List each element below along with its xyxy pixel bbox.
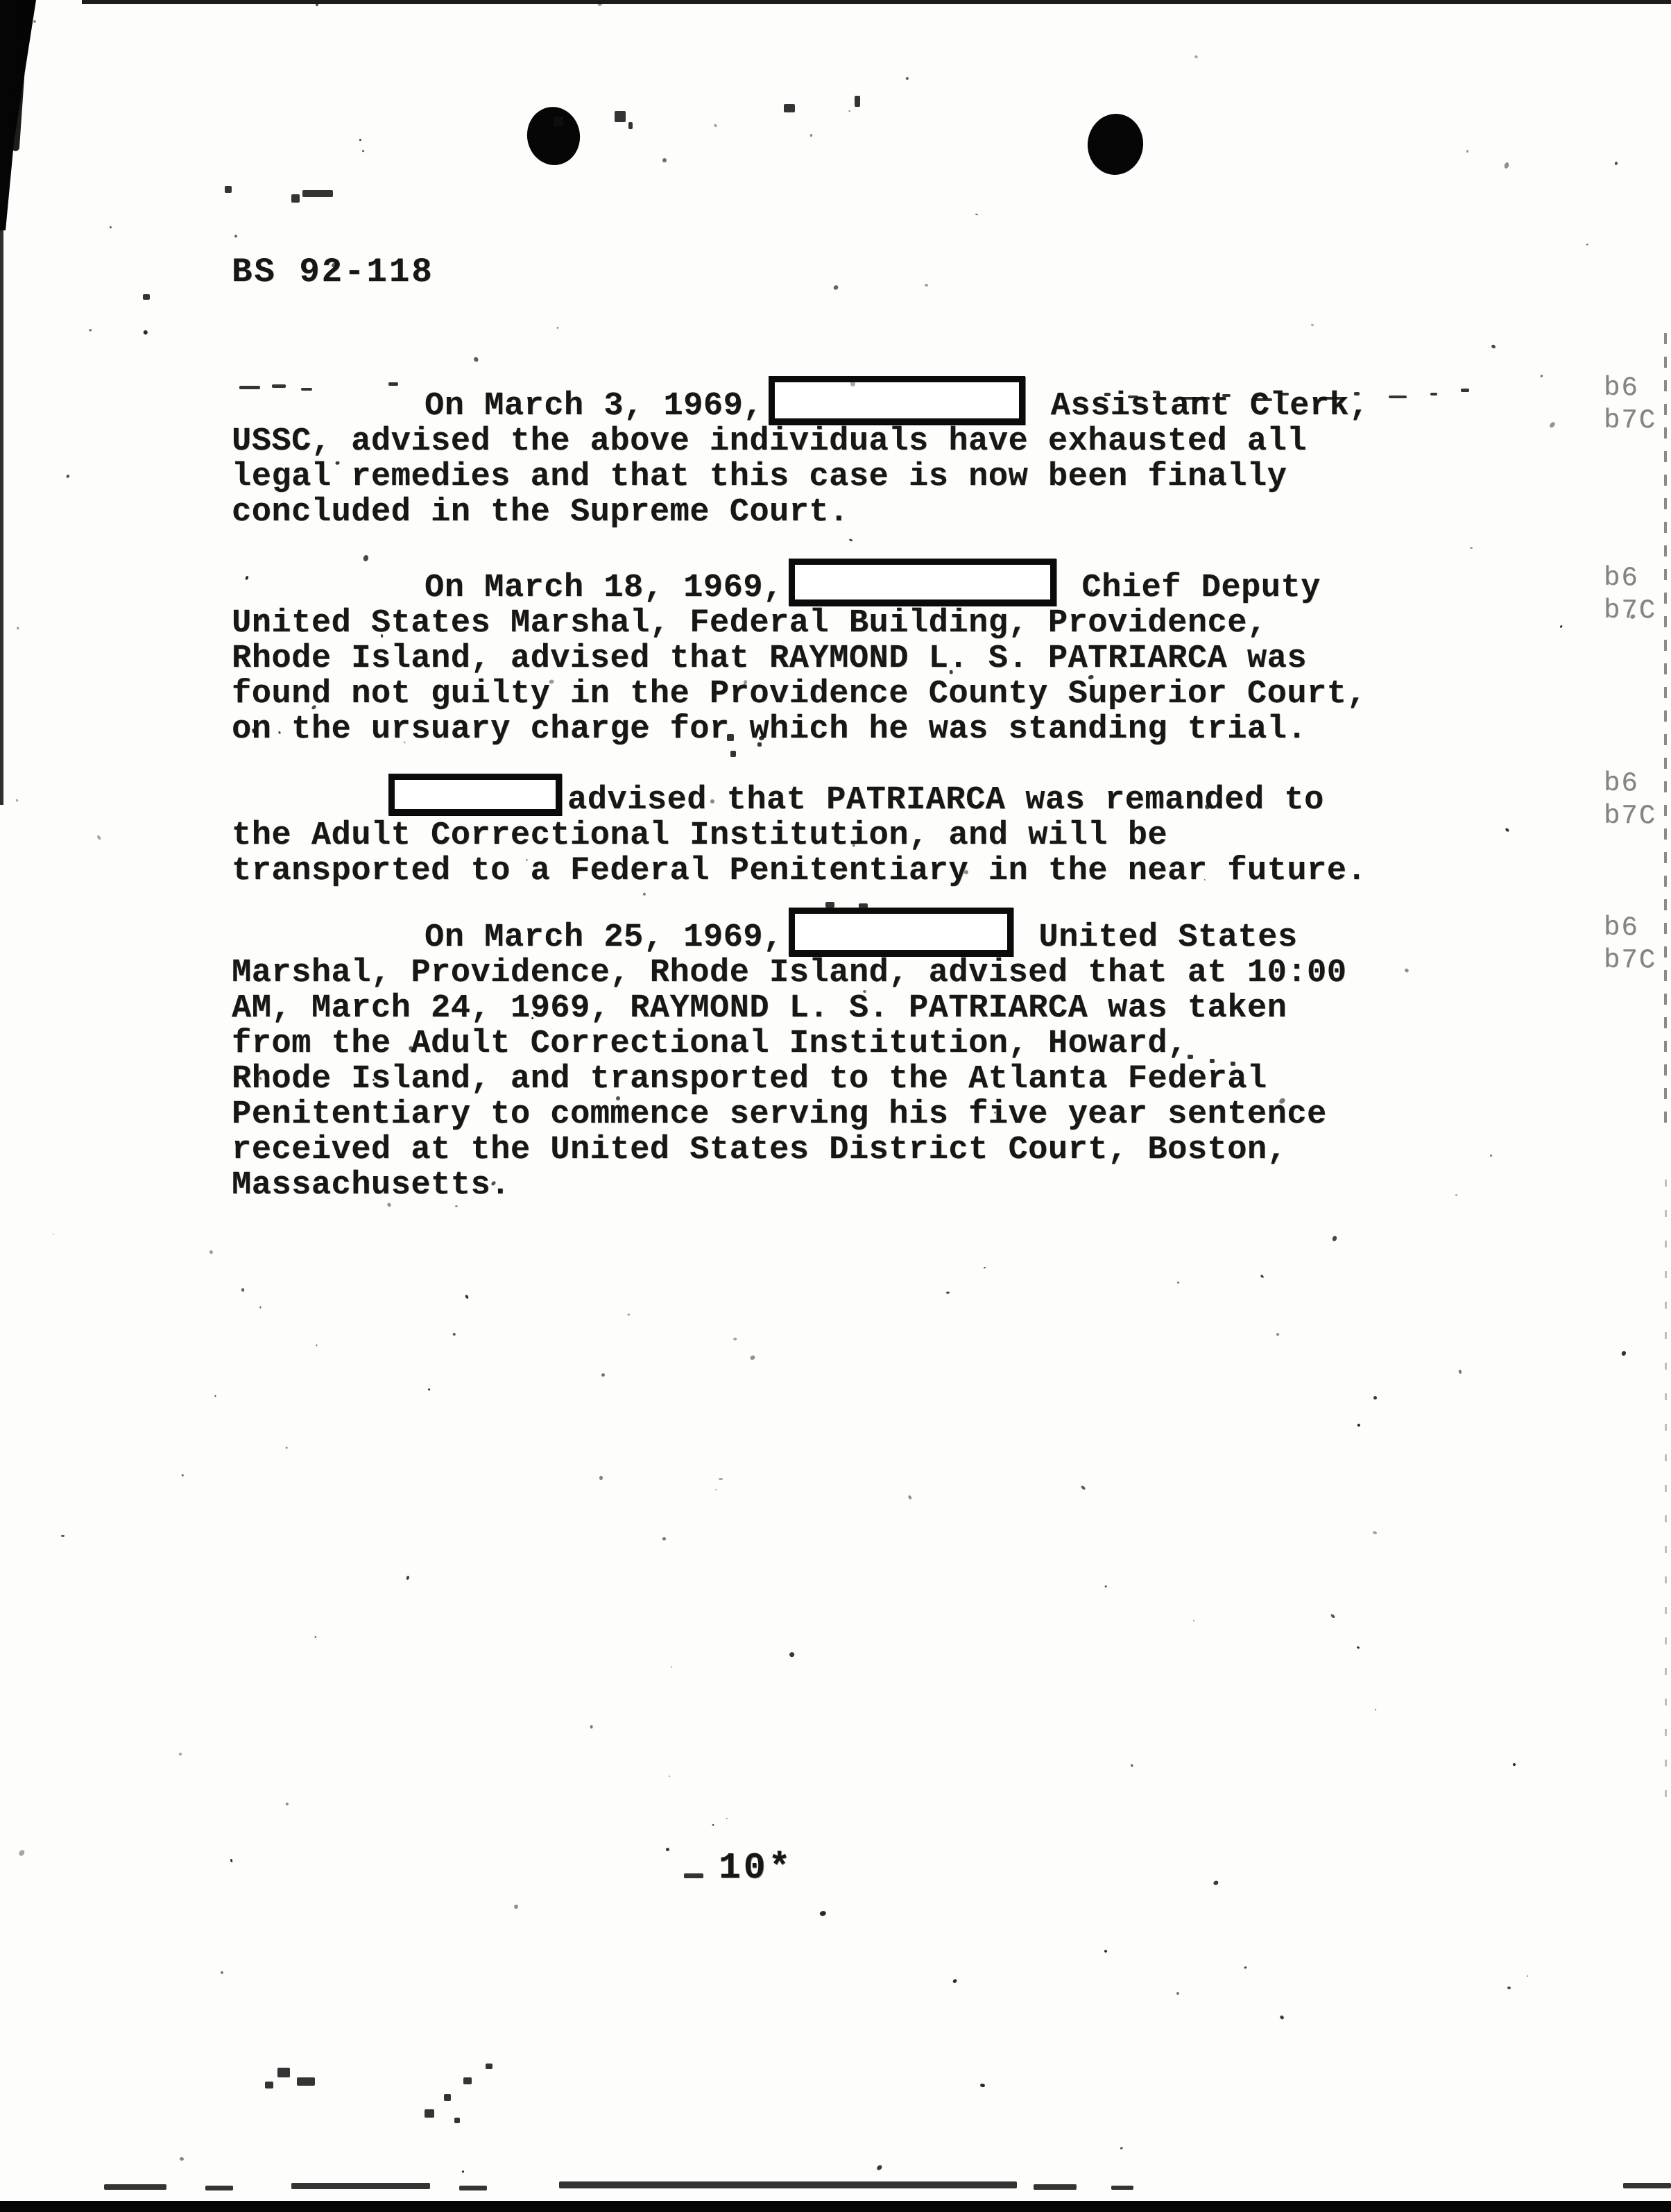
- text-run: found not guilty in the Providence Count…: [232, 676, 1366, 713]
- text-run: On March 3, 1969,: [425, 388, 763, 425]
- speckle: [1504, 162, 1510, 169]
- scan-artifact: [1222, 394, 1231, 397]
- speckle: [182, 1474, 184, 1477]
- speckle: [66, 474, 70, 478]
- speckle: [669, 1776, 671, 1778]
- speckle: [1470, 547, 1473, 549]
- speckle: [110, 226, 112, 229]
- margin-codes-3: b6 b7C: [1604, 767, 1656, 833]
- scan-artifact: [459, 2186, 487, 2190]
- speckle: [1120, 2147, 1123, 2150]
- document-line: the Adult Correctional Institution, and …: [232, 818, 1494, 853]
- speckle: [598, 2, 602, 6]
- speckle: [1176, 1282, 1179, 1284]
- speckle: [905, 76, 909, 80]
- speckle: [590, 1725, 593, 1729]
- speckle: [1276, 1332, 1280, 1336]
- speckle: [908, 1495, 912, 1499]
- speckle: [1615, 162, 1618, 165]
- speckle: [143, 330, 148, 335]
- code-b7c: b7C: [1604, 595, 1656, 627]
- scan-artifact: [1231, 1062, 1235, 1066]
- speckle: [473, 357, 479, 363]
- speckle: [713, 124, 717, 128]
- text-run: Marshal, Providence, Rhode Island, advis…: [232, 955, 1346, 992]
- document-line: from the Adult Correctional Institution,…: [232, 1026, 1494, 1062]
- speckle: [259, 1307, 261, 1309]
- scan-artifact: [104, 2184, 166, 2190]
- speckle: [810, 134, 812, 137]
- redaction-box: [789, 908, 1013, 956]
- document-line: found not guilty in the Providence Count…: [232, 677, 1494, 712]
- speckle: [1176, 1992, 1179, 1995]
- speckle: [1373, 1395, 1378, 1400]
- code-b6: b6: [1604, 372, 1656, 405]
- first-line-indent: [232, 414, 425, 414]
- scan-edge-top: [82, 0, 1671, 4]
- scan-artifact: [727, 734, 734, 741]
- speckle: [241, 1288, 244, 1291]
- first-line-indent: [232, 595, 425, 596]
- scan-artifact: [265, 2082, 273, 2088]
- speckle: [180, 2157, 185, 2161]
- document-line: On March 25, 1969, United States: [232, 920, 1494, 955]
- speckle: [1507, 1986, 1511, 1990]
- speckle: [852, 844, 855, 847]
- code-b7c: b7C: [1604, 944, 1656, 977]
- text-run: transported to a Federal Penitentiary in…: [232, 853, 1366, 890]
- scan-edge-bottom: [0, 2201, 1671, 2212]
- text-run: Chief Deputy: [1062, 570, 1321, 606]
- text-run: On March 25, 1969,: [425, 919, 783, 956]
- scan-artifact: [302, 190, 333, 197]
- code-b6: b6: [1604, 912, 1656, 944]
- scan-artifact: [684, 1873, 703, 1878]
- scan-edge-right: [1664, 333, 1667, 1131]
- speckle: [513, 1904, 520, 1910]
- speckle: [363, 554, 369, 561]
- speckle: [286, 1447, 288, 1449]
- speckle: [749, 1354, 755, 1361]
- speckle: [1104, 1949, 1108, 1952]
- paragraph-march-3: On March 3, 1969, Assistant Clerk,USSC, …: [232, 389, 1494, 530]
- redaction-box: [388, 774, 562, 815]
- speckle: [221, 1971, 224, 1975]
- text-run: On March 18, 1969,: [425, 570, 783, 606]
- speckle: [616, 1096, 620, 1100]
- speckle: [980, 2083, 985, 2087]
- speckle: [946, 1291, 950, 1294]
- speckle: [230, 1859, 232, 1863]
- document-line: transported to a Federal Penitentiary in…: [232, 853, 1494, 889]
- speckle: [1540, 374, 1543, 377]
- scanned-document-page: BS 92-118 On March 3, 1969, Assistant Cl…: [0, 0, 1671, 2212]
- scan-artifact: [1153, 391, 1160, 393]
- speckle: [1373, 1531, 1377, 1535]
- first-line-indent: [232, 945, 425, 946]
- speckle: [1549, 421, 1557, 429]
- scan-artifact: [554, 117, 563, 126]
- document-line: Rhode Island, and transported to the Atl…: [232, 1062, 1494, 1097]
- document-line: received at the United States District C…: [232, 1132, 1494, 1168]
- paragraph-remanded: advised that PATRIARCA was remanded toth…: [232, 783, 1494, 889]
- speckle: [285, 1802, 289, 1805]
- speckle: [427, 1388, 430, 1390]
- speckle: [712, 1824, 714, 1826]
- scan-artifact: [225, 186, 232, 193]
- speckle: [1194, 55, 1198, 59]
- first-line-indent: [232, 808, 383, 808]
- speckle: [234, 235, 237, 237]
- text-run: United States: [1019, 919, 1298, 956]
- scan-artifact: [301, 388, 312, 391]
- speckle: [832, 284, 839, 291]
- speckle: [1357, 1646, 1360, 1649]
- speckle: [1212, 1880, 1219, 1886]
- speckle: [733, 1338, 737, 1341]
- speckle: [601, 1372, 606, 1377]
- scan-artifact: [730, 751, 736, 757]
- speckle: [952, 1978, 957, 1984]
- document-line: Massachusetts.: [232, 1168, 1494, 1203]
- redaction-box: [789, 559, 1056, 606]
- speckle: [61, 1535, 65, 1537]
- speckle: [1311, 323, 1314, 327]
- document-line: legal remedies and that this case is now…: [232, 459, 1494, 495]
- code-b7c: b7C: [1604, 405, 1656, 437]
- scan-artifact: [291, 2183, 430, 2189]
- paragraph-march-18: On March 18, 1969, Chief DeputyUnited St…: [232, 570, 1494, 747]
- speckle: [33, 19, 37, 24]
- scan-artifact: [825, 902, 834, 908]
- speckle: [1559, 624, 1563, 628]
- scan-artifact: [784, 104, 795, 112]
- speckle: [819, 1910, 826, 1916]
- speckle: [1491, 344, 1496, 350]
- scan-artifact: [1251, 398, 1272, 401]
- speckle: [209, 1250, 213, 1254]
- speckle: [53, 1234, 54, 1234]
- scan-artifact: [757, 742, 762, 747]
- speckle: [1458, 1369, 1462, 1374]
- speckle: [849, 538, 853, 542]
- document-line: AM, March 24, 1969, RAYMOND L. S. PATRIA…: [232, 991, 1494, 1026]
- document-line: concluded in the Supreme Court.: [232, 495, 1494, 530]
- speckle: [1621, 1350, 1627, 1356]
- speckle: [646, 726, 649, 728]
- text-run: Assistant Clerk,: [1031, 388, 1369, 425]
- speckle: [627, 1313, 631, 1316]
- speckle: [277, 690, 279, 691]
- speckle: [1586, 244, 1588, 246]
- speckle: [984, 1267, 986, 1269]
- scan-artifact: [1282, 393, 1289, 395]
- margin-codes-4: b6 b7C: [1604, 912, 1656, 977]
- scan-artifact: [291, 194, 300, 203]
- document-line: On March 18, 1969, Chief Deputy: [232, 570, 1494, 606]
- speckle: [1244, 1966, 1247, 1969]
- document-line: United States Marshal, Federal Building,…: [232, 606, 1494, 641]
- text-run: the Adult Correctional Institution, and …: [232, 817, 1167, 854]
- scan-artifact: [1354, 392, 1360, 395]
- scan-artifact: [297, 2077, 315, 2086]
- speckle: [461, 2170, 464, 2173]
- scan-artifact: [425, 2109, 434, 2118]
- speckle: [278, 731, 281, 734]
- speckle: [671, 1666, 672, 1668]
- speckle: [314, 1636, 316, 1638]
- speckle: [316, 1344, 318, 1347]
- speckle: [453, 1333, 456, 1336]
- scan-artifact: [444, 2094, 451, 2101]
- scan-artifact: [628, 122, 633, 129]
- speckle: [643, 892, 646, 896]
- scan-artifact: [859, 903, 868, 909]
- scan-artifact: [463, 2077, 472, 2084]
- hole-punch-right: [1085, 111, 1147, 178]
- speckle: [359, 139, 361, 142]
- document-line: Rhode Island, advised that RAYMOND L. S.…: [232, 641, 1494, 677]
- speckle: [1512, 1762, 1516, 1767]
- text-run: Penitentiary to commence serving his fiv…: [232, 1096, 1327, 1133]
- text-run: Rhode Island, and transported to the Atl…: [232, 1061, 1267, 1098]
- scan-artifact: [1430, 393, 1437, 395]
- scan-artifact: [559, 2181, 1017, 2188]
- speckle: [96, 835, 101, 840]
- scan-artifact: [388, 382, 398, 386]
- code-b6: b6: [1604, 767, 1656, 800]
- speckle: [1330, 1613, 1335, 1619]
- page-number: 10*: [719, 1847, 793, 1889]
- text-run: USSC, advised the above individuals have…: [232, 423, 1307, 460]
- speckle: [16, 799, 19, 801]
- speckle: [848, 110, 850, 112]
- speckle: [1193, 1620, 1195, 1622]
- code-b7c: b7C: [1604, 800, 1656, 833]
- text-run: advised that PATRIARCA was remanded to: [567, 782, 1324, 819]
- speckle: [1332, 1235, 1337, 1241]
- speckle: [788, 1651, 795, 1658]
- speckle: [455, 1205, 458, 1208]
- text-run: concluded in the Supreme Court.: [232, 494, 849, 531]
- speckle: [1527, 1975, 1529, 1977]
- scan-artifact: [1210, 1059, 1215, 1063]
- scan-artifact: [1461, 389, 1469, 392]
- speckle: [715, 1489, 717, 1491]
- text-run: legal remedies and that this case is now…: [232, 459, 1287, 495]
- scan-artifact: [1623, 2183, 1671, 2188]
- speckle: [406, 1576, 410, 1580]
- speckle: [599, 1476, 603, 1480]
- paragraph-march-25: On March 25, 1969, United StatesMarshal,…: [232, 920, 1494, 1203]
- speckle: [1375, 1709, 1377, 1711]
- scan-artifact: [272, 384, 286, 388]
- speckle: [18, 1849, 26, 1857]
- scan-artifact: [239, 386, 260, 389]
- file-number: BS 92-118: [232, 253, 434, 291]
- speckle: [850, 381, 855, 386]
- text-run: on the ursuary charge for which he was s…: [232, 711, 1307, 748]
- text-run: from the Adult Correctional Institution,…: [232, 1026, 1188, 1062]
- scan-artifact: [143, 294, 150, 300]
- text-run: Massachusetts.: [232, 1167, 511, 1204]
- document-line: On March 3, 1969, Assistant Clerk,: [232, 389, 1494, 424]
- scan-artifact: [855, 96, 860, 107]
- speckle: [662, 1537, 666, 1541]
- document-line: Penitentiary to commence serving his fiv…: [232, 1097, 1494, 1132]
- speckle: [361, 150, 364, 153]
- text-run: AM, March 24, 1969, RAYMOND L. S. PATRIA…: [232, 990, 1287, 1027]
- document-line: on the ursuary charge for which he was s…: [232, 712, 1494, 747]
- speckle: [316, 3, 319, 7]
- code-b6: b6: [1604, 562, 1656, 595]
- speckle: [964, 870, 968, 875]
- speckle: [17, 627, 19, 630]
- scan-artifact: [1128, 395, 1138, 398]
- speckle: [1260, 1275, 1265, 1279]
- scan-artifact: [454, 2118, 460, 2123]
- redaction-box: [769, 376, 1025, 425]
- scan-artifact: [1034, 2184, 1077, 2190]
- speckle: [925, 284, 929, 287]
- scan-artifact: [205, 2186, 233, 2190]
- hole-punch-left: [523, 103, 584, 169]
- scan-artifact: [486, 2064, 492, 2069]
- speckle: [726, 1818, 728, 1819]
- speckle: [214, 1395, 216, 1397]
- speckle: [719, 1478, 723, 1480]
- speckle: [1279, 2015, 1285, 2020]
- scan-artifact: [1104, 393, 1111, 396]
- speckle: [975, 214, 978, 216]
- scan-artifact: [1181, 397, 1210, 400]
- document-line: USSC, advised the above individuals have…: [232, 424, 1494, 459]
- speckle: [1357, 1423, 1360, 1427]
- speckle: [1505, 828, 1509, 833]
- speckle: [1466, 150, 1468, 153]
- scan-artifact: [277, 2068, 290, 2077]
- text-run: received at the United States District C…: [232, 1132, 1287, 1168]
- scan-artifact: [1319, 397, 1344, 400]
- speckle: [465, 1294, 469, 1299]
- text-run: Rhode Island, advised that RAYMOND L. S.…: [232, 640, 1307, 677]
- speckle: [662, 158, 667, 163]
- speckle: [666, 1848, 669, 1851]
- speckle: [557, 327, 559, 329]
- scan-edge-right-lower: [1665, 1180, 1667, 1804]
- text-run: United States Marshal, Federal Building,…: [232, 605, 1267, 642]
- scan-artifact: [1188, 1055, 1193, 1059]
- scan-artifact: [1111, 2186, 1133, 2190]
- speckle: [1105, 1585, 1107, 1588]
- document-line: Marshal, Providence, Rhode Island, advis…: [232, 955, 1494, 991]
- speckle: [178, 1752, 182, 1755]
- document-line: advised that PATRIARCA was remanded to: [232, 783, 1494, 818]
- margin-codes-1: b6 b7C: [1604, 372, 1656, 437]
- speckle: [1080, 1485, 1086, 1490]
- speckle: [1131, 1764, 1133, 1767]
- scan-artifact: [615, 111, 626, 122]
- scan-artifact: [1389, 395, 1407, 398]
- speckle: [876, 2164, 882, 2170]
- speckle: [89, 329, 92, 332]
